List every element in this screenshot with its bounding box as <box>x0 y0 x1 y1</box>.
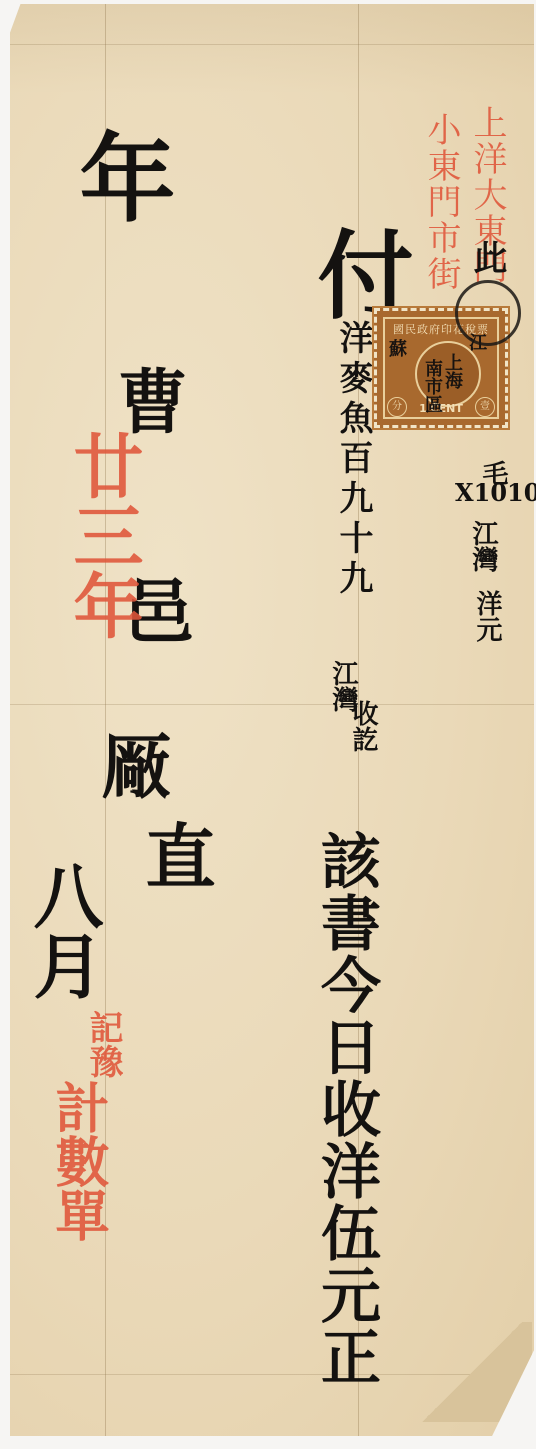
stamp-overprint-district: 南市區 <box>423 359 441 413</box>
calligraphy-note-code: X1010 <box>455 478 536 507</box>
calligraphy-note-jiangwan: 江灣 <box>470 520 496 572</box>
calligraphy-year-char: 年 <box>72 128 168 224</box>
folded-corner <box>412 1322 532 1422</box>
calligraphy-note-2: 收訖 <box>350 700 376 752</box>
red-seal-merchant-address-2: 小東門市街 <box>424 112 458 292</box>
calligraphy-note-yang: 洋元 <box>474 590 500 642</box>
calligraphy-item-line: 洋麥魚百九十九 <box>336 320 370 600</box>
red-seal-year: 廿三年 <box>68 430 138 640</box>
stamp-overprint-city: 上海 <box>443 353 461 389</box>
calligraphy-factory-char: 厰 <box>96 730 166 800</box>
calligraphy-this-char: 此 <box>470 240 504 274</box>
calligraphy-amount-line: 該書今日收洋伍元正 <box>316 830 376 1388</box>
fold-line <box>10 44 534 45</box>
calligraphy-cao-char: 曹 <box>112 365 182 435</box>
calligraphy-pay-char: 付 <box>310 225 406 321</box>
cancellation-mark-icon <box>455 280 521 346</box>
red-seal-shop-name: 記豫 <box>86 1010 120 1078</box>
stamp-overprint-province: 蘇 <box>389 341 407 359</box>
red-seal-count-slip: 計數單 <box>52 1080 106 1242</box>
calligraphy-zhi-char: 直 <box>140 820 210 890</box>
fold-line <box>10 704 534 705</box>
calligraphy-month: 八月 <box>28 860 98 1000</box>
